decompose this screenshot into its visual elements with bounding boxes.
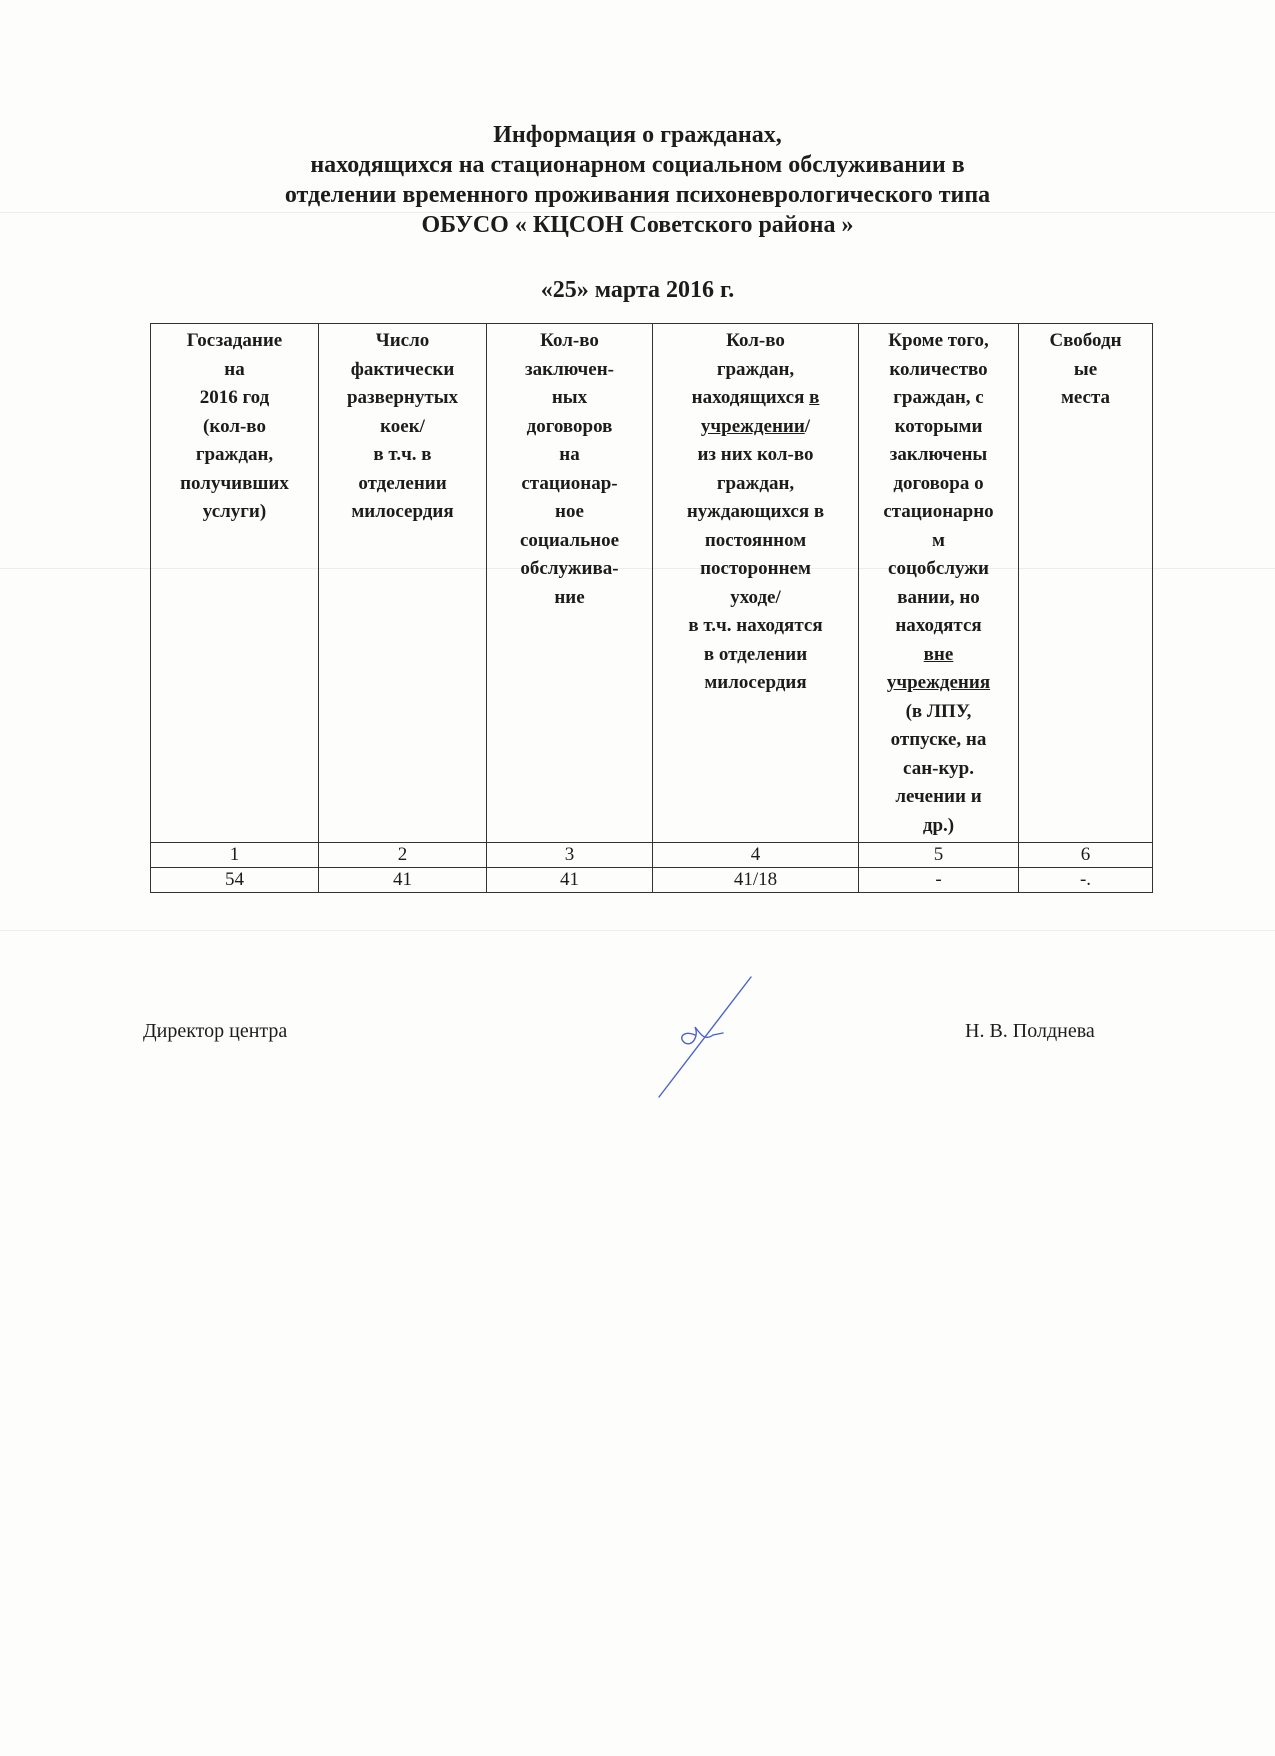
handwritten-signature-icon [655,975,755,1100]
title-line: Информация о гражданах, [0,120,1275,150]
header-line: др.) [861,812,1016,841]
header-line: в отделении [655,641,856,670]
report-table: Госзаданиена2016 год(кол-вограждан,получ… [150,323,1153,893]
header-line: сан-кур. [861,755,1016,784]
header-line: граждан, [655,356,856,385]
header-line: граждан, [153,441,316,470]
header-line: из них кол-во [655,441,856,470]
header-line: граждан, [655,470,856,499]
header-line: в т.ч. в [321,441,484,470]
title-line: находящихся на стационарном социальном о… [0,150,1275,180]
scan-artifact [0,930,1275,931]
header-line: ние [489,584,650,613]
header-line: отделении [321,470,484,499]
table-row: 54 41 41 41/18 - -. [151,868,1153,893]
signatory-title: Директор центра [143,1020,287,1043]
header-line: м [861,527,1016,556]
header-line: услуги) [153,498,316,527]
header-line: Кроме того, [861,327,1016,356]
value-cell: 54 [151,868,319,893]
header-line: отпуске, на [861,726,1016,755]
header-line: вании, но [861,584,1016,613]
header-line: коек/ [321,413,484,442]
title-line: отделении временного проживания психонев… [0,180,1275,210]
value-cell: 41/18 [653,868,859,893]
header-cell: Кроме того,количествограждан, скоторымиз… [859,324,1019,843]
header-line: стационар- [489,470,650,499]
header-line: Свободн [1021,327,1150,356]
header-line: находятся [861,612,1016,641]
column-number-cell: 6 [1019,843,1153,868]
value-cell: -. [1019,868,1153,893]
header-line: фактически [321,356,484,385]
header-line: постороннем [655,555,856,584]
header-line: милосердия [655,669,856,698]
header-line: которыми [861,413,1016,442]
header-line: договора о [861,470,1016,499]
column-number-row: 1 2 3 4 5 6 [151,843,1153,868]
header-line: учреждении/ [655,413,856,442]
header-row: Госзаданиена2016 год(кол-вограждан,получ… [151,324,1153,843]
header-line: на [153,356,316,385]
header-cell: Кол-вограждан,находящихся вучреждении/из… [653,324,859,843]
value-cell: - [859,868,1019,893]
header-line: находящихся в [655,384,856,413]
header-line: постоянном [655,527,856,556]
header-line: нуждающихся в [655,498,856,527]
header-line: лечении и [861,783,1016,812]
header-line: места [1021,384,1150,413]
header-line: Кол-во [655,327,856,356]
header-line: вне [861,641,1016,670]
header-line: Госзадание [153,327,316,356]
header-line: социальное [489,527,650,556]
document-date: «25» марта 2016 г. [0,277,1275,304]
header-line: милосердия [321,498,484,527]
header-line: уходе/ [655,584,856,613]
header-line: стационарно [861,498,1016,527]
header-line: в т.ч. находятся [655,612,856,641]
column-number-cell: 5 [859,843,1019,868]
column-number-cell: 3 [487,843,653,868]
header-line: Кол-во [489,327,650,356]
header-line: заключены [861,441,1016,470]
header-line: граждан, с [861,384,1016,413]
header-cell: Госзаданиена2016 год(кол-вограждан,получ… [151,324,319,843]
header-line: на [489,441,650,470]
header-line: обслужива- [489,555,650,584]
header-line: ые [1021,356,1150,385]
value-cell: 41 [487,868,653,893]
header-line: учреждения [861,669,1016,698]
header-line: (в ЛПУ, [861,698,1016,727]
header-line: соцобслужи [861,555,1016,584]
column-number-cell: 4 [653,843,859,868]
column-number-cell: 1 [151,843,319,868]
header-line: заключен- [489,356,650,385]
header-cell: Числофактическиразвернутыхкоек/в т.ч. во… [319,324,487,843]
value-cell: 41 [319,868,487,893]
header-line: 2016 год [153,384,316,413]
header-line: развернутых [321,384,484,413]
header-line: Число [321,327,484,356]
signature-block: Директор центра Н. В. Полднева [0,1020,1275,1060]
header-cell: Свободныеместа [1019,324,1153,843]
signatory-name: Н. В. Полднева [965,1020,1095,1043]
title-line: ОБУСО « КЦСОН Советского района » [0,210,1275,240]
header-line: ных [489,384,650,413]
header-cell: Кол-возаключен-ныхдоговоровнастационар-н… [487,324,653,843]
header-line: договоров [489,413,650,442]
header-line: количество [861,356,1016,385]
header-line: получивших [153,470,316,499]
header-line: (кол-во [153,413,316,442]
document-title: Информация о гражданах, находящихся на с… [0,120,1275,240]
column-number-cell: 2 [319,843,487,868]
header-line: ное [489,498,650,527]
